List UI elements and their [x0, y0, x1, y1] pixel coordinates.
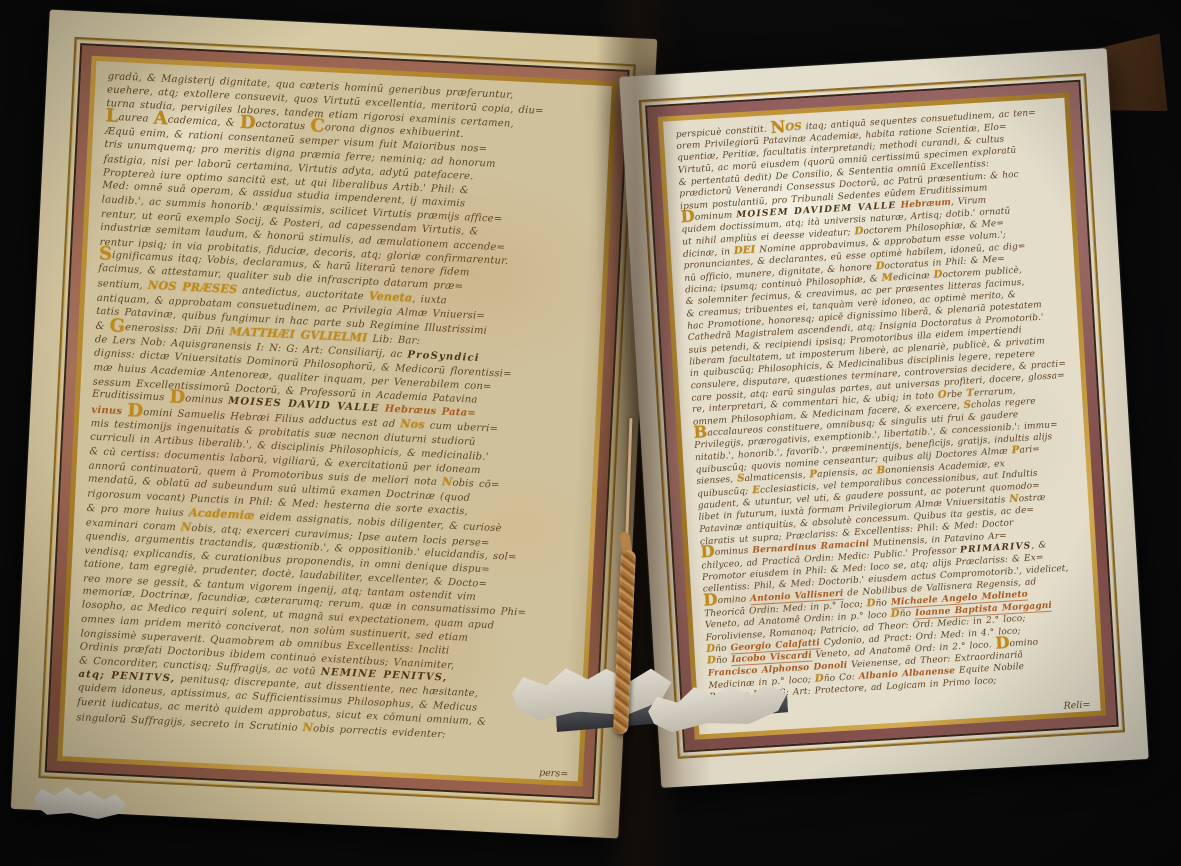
- right-page: perspicuè constitit. NOS itaq; antiquā s…: [619, 48, 1148, 788]
- gold-rule-frame: perspicuè constitit. NOS itaq; antiquā s…: [639, 73, 1125, 758]
- text-segment: , iuxta: [412, 294, 447, 307]
- text-segment: omino: [717, 594, 750, 606]
- text-segment: , &: [1031, 540, 1047, 551]
- text-segment: N: [181, 519, 192, 534]
- text-segment: aurea: [118, 113, 154, 126]
- text-segment: Lib: Bar:: [367, 334, 420, 347]
- text-segment: OS: [785, 122, 802, 134]
- text-segment: rbe: [947, 389, 967, 400]
- text-segment: sentium,: [97, 278, 148, 291]
- text-segment: obis cō=: [452, 478, 500, 491]
- text-segment: ominus: [715, 546, 753, 558]
- text-segment: N: [770, 117, 786, 137]
- gold-border-band: gradū, & Magisterij dignitate, qua cæter…: [57, 56, 617, 787]
- text-segment: cum uberri=: [425, 420, 499, 434]
- text-segment: quibuscūq;: [697, 486, 753, 499]
- text-segment: D: [169, 387, 186, 409]
- text-segment: Nos: [400, 416, 425, 431]
- text-segment: ño: [716, 655, 732, 666]
- text-segment: sienses,: [696, 475, 737, 487]
- text-segment: , Virum: [951, 196, 987, 208]
- text-segment: omino: [1009, 638, 1038, 650]
- text-segment: D: [700, 542, 715, 562]
- text-segment: ño: [875, 598, 891, 609]
- manuscript-text-block: perspicuè constitit. NOS itaq; antiquā s…: [675, 106, 1088, 704]
- text-segment: &: [95, 321, 110, 333]
- text-segment: G: [109, 316, 126, 338]
- text-segment: octoratus: [255, 119, 310, 133]
- text-segment: D: [127, 400, 144, 422]
- text-segment: N: [302, 720, 313, 734]
- text-segment: vinus: [91, 405, 128, 418]
- left-page-text: gradū, & Magisterij dignitate, qua cæter…: [62, 61, 611, 781]
- text-segment: ProSyndici: [407, 350, 480, 365]
- text-segment: ostræ: [1018, 493, 1045, 505]
- catchword: Reli=: [1063, 699, 1090, 712]
- maroon-border-band: perspicuè constitit. NOS itaq; antiquā s…: [645, 80, 1119, 753]
- text-segment: ño: [899, 609, 915, 620]
- text-segment: D: [995, 633, 1010, 653]
- text-segment: DEI: [734, 245, 756, 257]
- text-segment: examinari coram: [86, 517, 182, 533]
- right-page-text: perspicuè constitit. NOS itaq; antiquā s…: [663, 98, 1101, 735]
- text-segment: ominus: [185, 394, 228, 407]
- catchword: pers=: [539, 767, 569, 779]
- gold-border-band: perspicuè constitit. NOS itaq; antiquā s…: [658, 92, 1106, 739]
- text-segment: ño: [715, 644, 731, 655]
- photo-background: gradū, & Magisterij dignitate, qua cæter…: [0, 0, 1181, 866]
- text-segment: ari=: [1019, 444, 1040, 455]
- manuscript-text-block: gradū, & Magisterij dignitate, qua cæter…: [76, 70, 601, 749]
